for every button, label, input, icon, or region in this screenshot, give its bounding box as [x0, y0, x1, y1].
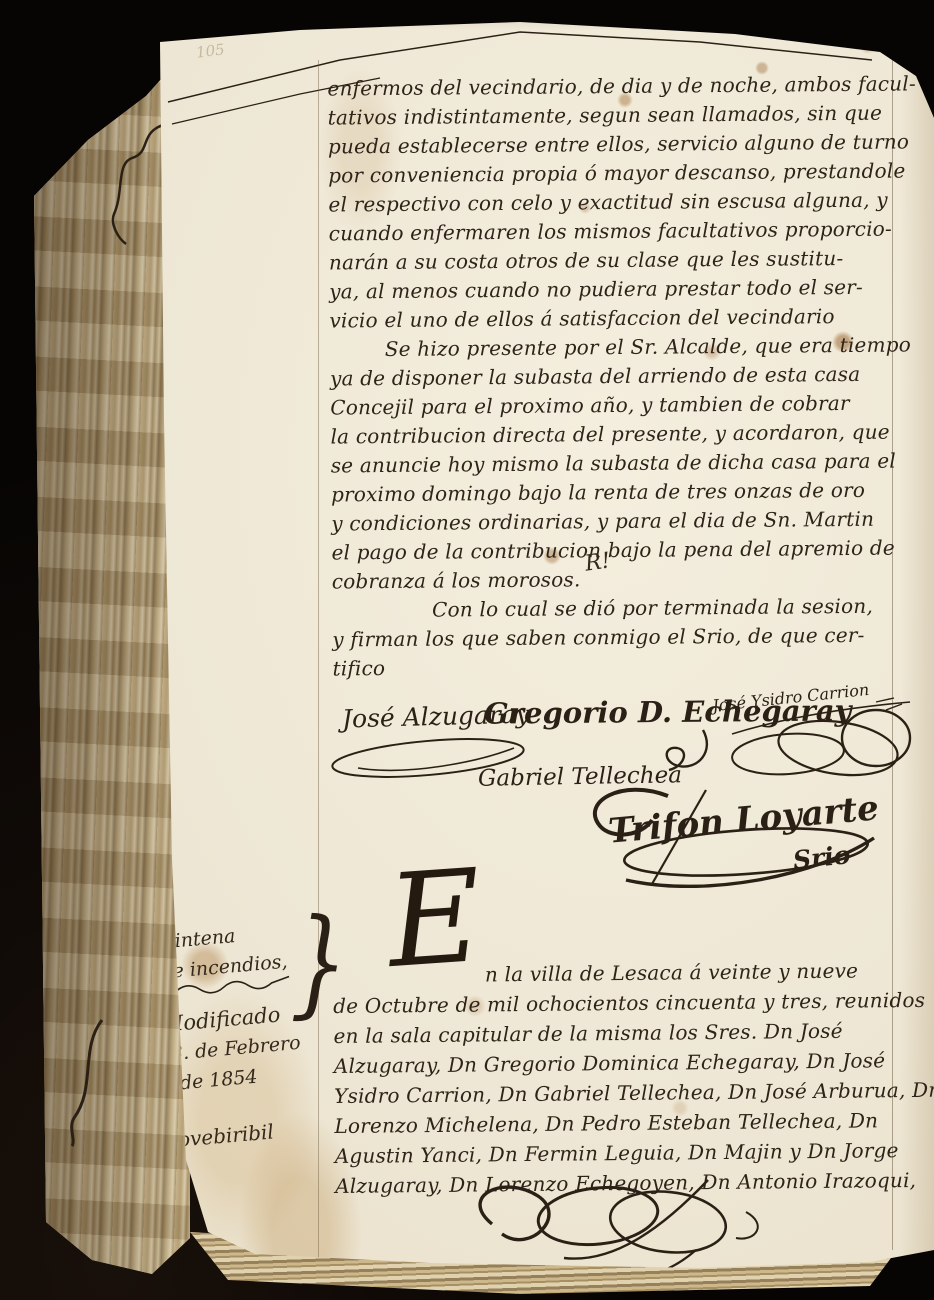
text-line: y firman los que saben conmigo el Srio, … — [332, 620, 907, 654]
session-entry: n la villa de Lesaca á veinte y nueve de… — [333, 955, 913, 1201]
book-photo: 105 enfermos del vecindario, de dia y de… — [0, 0, 934, 1300]
text-line: tifico — [332, 649, 907, 683]
text-line: el pago de la contribucion bajo la pena … — [331, 533, 906, 567]
ghost-page-number: 105 — [195, 40, 226, 61]
signature-rubric-flourish — [556, 780, 901, 888]
minutes-body: enfermos del vecindario, de dia y de noc… — [327, 70, 907, 684]
rubric-mark: R! — [583, 548, 612, 576]
binding-thread — [62, 1018, 112, 1148]
